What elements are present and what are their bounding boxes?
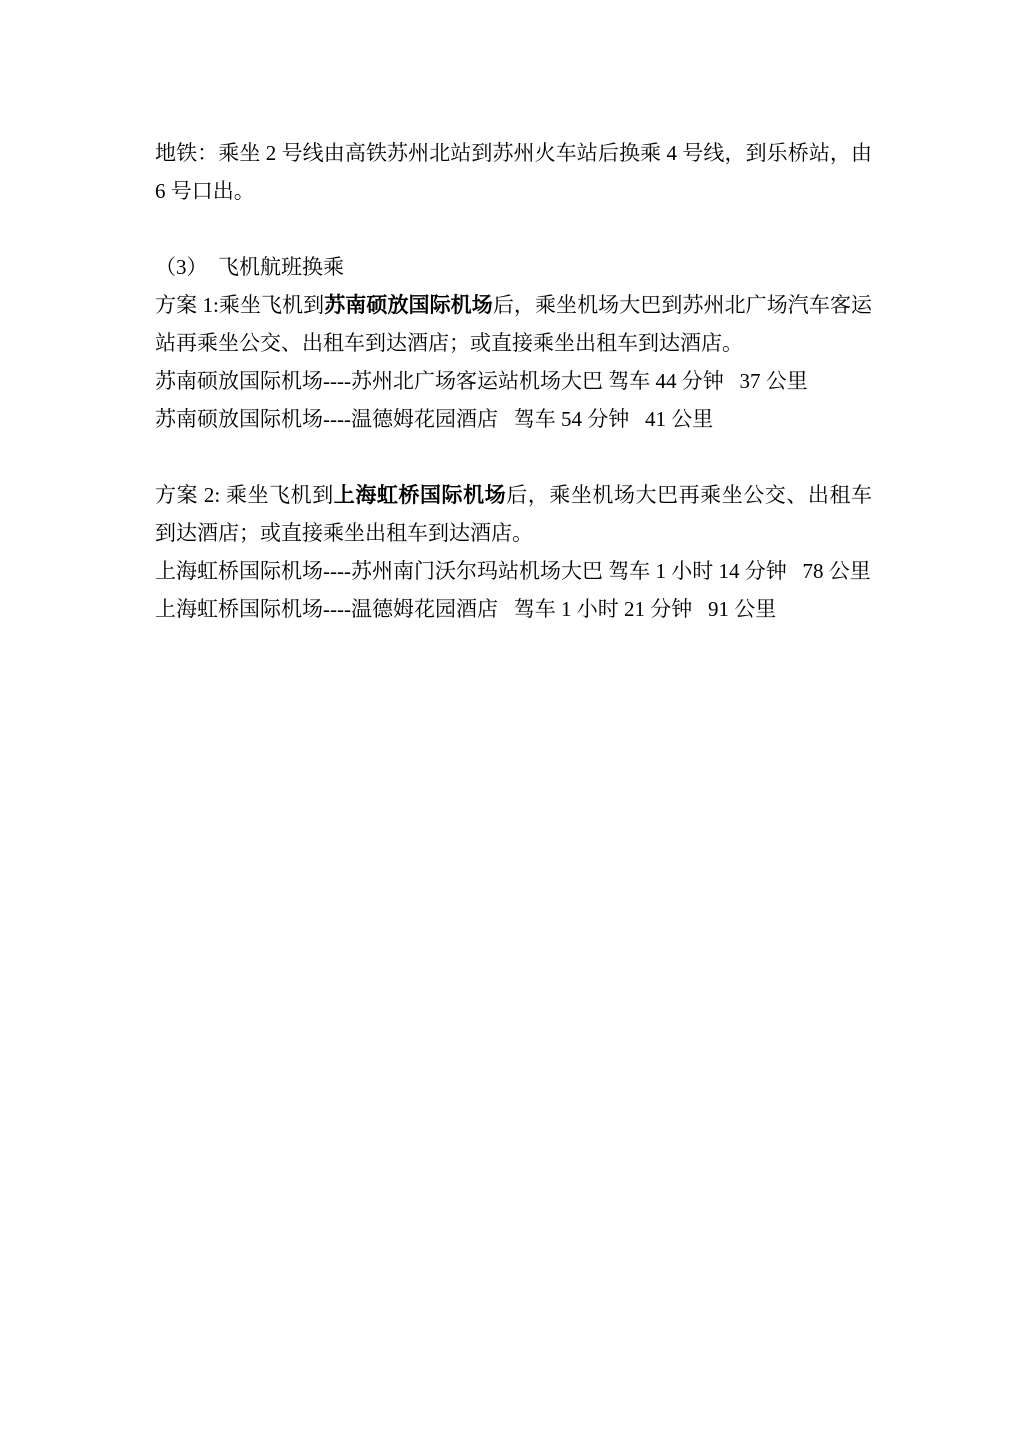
document-page: 地铁：乘坐 2 号线由高铁苏州北站到苏州火车站后换乘 4 号线，到乐桥站，由 6… [0,0,1024,1448]
section-heading-flight-transfer: （3） 飞机航班换乘 [155,248,872,286]
plan1-prefix-text: 方案 1:乘坐飞机到 [155,293,324,317]
plan2-route-line: 上海虹桥国际机场----苏州南门沃尔玛站机场大巴 驾车 1 小时 14 分钟 7… [155,552,872,590]
plan1-route-line: 苏南硕放国际机场----温德姆花园酒店 驾车 54 分钟 41 公里 [155,400,872,438]
blank-line [155,210,872,248]
plan2-route-line: 上海虹桥国际机场----温德姆花园酒店 驾车 1 小时 21 分钟 91 公里 [155,590,872,628]
plan2-prefix-text: 方案 2: 乘坐飞机到 [155,483,334,507]
plan1-route-line: 苏南硕放国际机场----苏州北广场客运站机场大巴 驾车 44 分钟 37 公里 [155,362,872,400]
plan1-paragraph: 方案 1:乘坐飞机到苏南硕放国际机场后，乘坐机场大巴到苏州北广场汽车客运站再乘坐… [155,286,872,362]
plan2-paragraph: 方案 2: 乘坐飞机到上海虹桥国际机场后，乘坐机场大巴再乘坐公交、出租车到达酒店… [155,476,872,552]
subway-directions-paragraph: 地铁：乘坐 2 号线由高铁苏州北站到苏州火车站后换乘 4 号线，到乐桥站，由 6… [155,134,872,210]
plan1-airport-name: 苏南硕放国际机场 [324,293,493,317]
plan2-airport-name: 上海虹桥国际机场 [334,483,506,507]
blank-line [155,438,872,476]
